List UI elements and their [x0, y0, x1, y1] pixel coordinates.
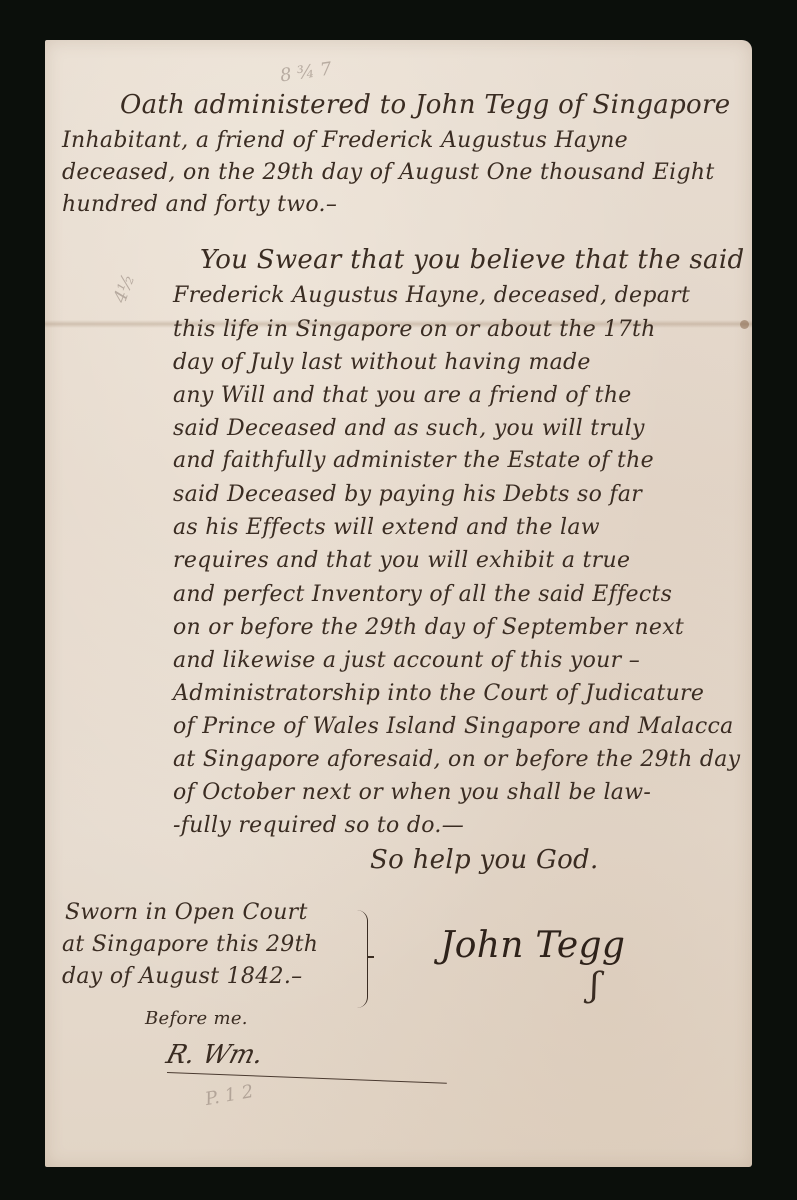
pencil-mark-top: 8 ¾ 7 [279, 58, 333, 86]
pencil-mark-margin: 4½ [110, 271, 140, 305]
heading-line-2: Inhabitant, a friend of Frederick August… [62, 128, 628, 153]
oath-closing: So help you God. [370, 845, 599, 875]
oath-line-2: Frederick Augustus Hayne, deceased, depa… [173, 283, 690, 308]
oath-line-11: and perfect Inventory of all the said Ef… [173, 582, 672, 607]
oath-line-17: of October next or when you shall be law… [173, 780, 651, 805]
oath-line-6: said Deceased and as such, you will trul… [173, 416, 645, 441]
bracket-brace [357, 910, 368, 1008]
oath-line-9: as his Effects will extend and the law [173, 515, 600, 540]
oath-line-16: at Singapore aforesaid, on or before the… [173, 747, 740, 772]
official-signature: R. Wm. [163, 1040, 267, 1070]
oath-line-7: and faithfully administer the Estate of … [173, 448, 654, 473]
oath-line-1: You Swear that you believe that the said [200, 245, 744, 275]
oath-line-8: said Deceased by paying his Debts so far [173, 482, 642, 507]
oath-line-3: this life in Singapore on or about the 1… [173, 317, 656, 342]
oath-line-5: any Will and that you are a friend of th… [173, 383, 632, 408]
oath-line-13: and likewise a just account of this your… [173, 648, 640, 673]
jurat-line-2: at Singapore this 29th [62, 932, 318, 957]
oath-line-12: on or before the 29th day of September n… [173, 615, 684, 640]
oath-line-4: day of July last without having made [173, 350, 591, 375]
pencil-mark-bottom: P. 1 2 [204, 1081, 255, 1110]
heading-line-3: deceased, on the 29th day of August One … [62, 160, 714, 185]
ink-stain [740, 320, 749, 329]
heading-line-4: hundred and forty two.– [62, 192, 337, 217]
document-page: 8 ¾ 7 4½ P. 1 2 Oath administered to Joh… [45, 40, 752, 1167]
jurat-line-3: day of August 1842.– [62, 964, 302, 989]
signature-flourish: ʃ [590, 965, 599, 1005]
jurat-line-1: Sworn in Open Court [65, 900, 308, 925]
heading-line-1: Oath administered to John Tegg of Singap… [120, 90, 730, 120]
oath-line-14: Administratorship into the Court of Judi… [173, 681, 704, 706]
oath-line-10: requires and that you will exhibit a tru… [173, 548, 630, 573]
oath-line-15: of Prince of Wales Island Singapore and … [173, 714, 734, 739]
jurat-before-me: Before me. [145, 1008, 248, 1029]
signature-underline [167, 1072, 447, 1084]
oath-line-18: -fully required so to do.— [173, 813, 464, 838]
deponent-signature: John Tegg [440, 925, 625, 966]
